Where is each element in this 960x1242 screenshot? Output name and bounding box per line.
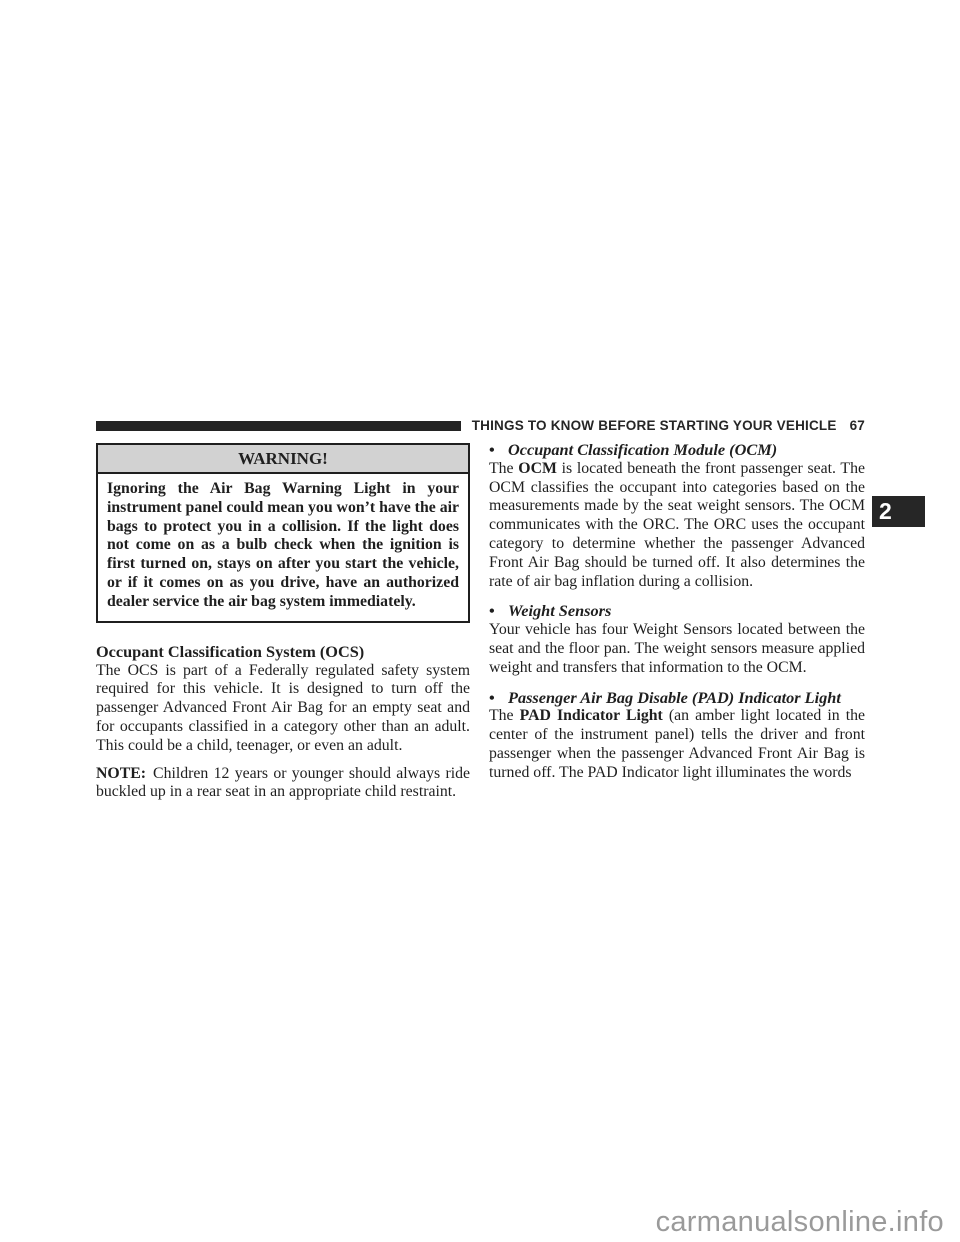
body-text: Your vehicle has four Weight Sensors loc…	[489, 621, 865, 676]
note-label: NOTE:	[96, 765, 146, 782]
bullet-item-weight-sensors: •Weight Sensors Your vehicle has four We…	[489, 602, 865, 677]
bullet-icon: •	[489, 602, 508, 621]
body-text: The	[489, 707, 520, 724]
bullet-heading-weight-sensors: •Weight Sensors	[489, 602, 865, 621]
bullet-body-ocm: The OCM is located beneath the front pas…	[489, 460, 865, 592]
watermark: carmanualsonline.info	[656, 1206, 944, 1239]
right-column: •Occupant Classification Module (OCM) Th…	[489, 441, 865, 783]
section-heading-ocs: Occupant Classification System (OCS)	[96, 642, 470, 662]
bullet-body-pad-indicator: The PAD Indicator Light (an amber light …	[489, 707, 865, 782]
chapter-number: 2	[879, 498, 892, 524]
page-header: THINGS TO KNOW BEFORE STARTING YOUR VEHI…	[96, 418, 865, 433]
bullet-item-pad-indicator: •Passenger Air Bag Disable (PAD) Indicat…	[489, 689, 865, 783]
bullet-heading-pad-indicator: •Passenger Air Bag Disable (PAD) Indicat…	[489, 689, 865, 708]
bullet-heading-text: Occupant Classification Module (OCM)	[508, 441, 777, 460]
warning-box-body: Ignoring the Air Bag Warning Light in yo…	[98, 474, 468, 621]
chapter-tab: 2	[872, 496, 925, 527]
left-column: WARNING! Ignoring the Air Bag Warning Li…	[96, 443, 470, 802]
page-number: 67	[850, 418, 865, 433]
body-text: is located beneath the front passenger s…	[489, 460, 865, 590]
bullet-heading-text: Weight Sensors	[508, 602, 611, 621]
bullet-body-weight-sensors: Your vehicle has four Weight Sensors loc…	[489, 621, 865, 677]
header-rule	[96, 421, 461, 431]
bullet-icon: •	[489, 689, 508, 708]
bullet-heading-ocm: •Occupant Classification Module (OCM)	[489, 441, 865, 460]
warning-box-title: WARNING!	[98, 445, 468, 474]
body-text: The	[489, 460, 518, 477]
note-body: Children 12 years or younger should alwa…	[96, 765, 470, 801]
bullet-heading-text: Passenger Air Bag Disable (PAD) Indicato…	[508, 689, 841, 708]
body-text-bold: OCM	[518, 460, 557, 477]
running-header-title: THINGS TO KNOW BEFORE STARTING YOUR VEHI…	[472, 418, 837, 433]
body-text-bold: PAD Indicator Light	[520, 707, 663, 724]
bullet-icon: •	[489, 441, 508, 460]
warning-box: WARNING! Ignoring the Air Bag Warning Li…	[96, 443, 470, 623]
bullet-item-ocm: •Occupant Classification Module (OCM) Th…	[489, 441, 865, 591]
manual-page: THINGS TO KNOW BEFORE STARTING YOUR VEHI…	[0, 0, 960, 1242]
note-paragraph: NOTE:Children 12 years or younger should…	[96, 765, 470, 803]
section-body-ocs: The OCS is part of a Federally regulated…	[96, 662, 470, 756]
